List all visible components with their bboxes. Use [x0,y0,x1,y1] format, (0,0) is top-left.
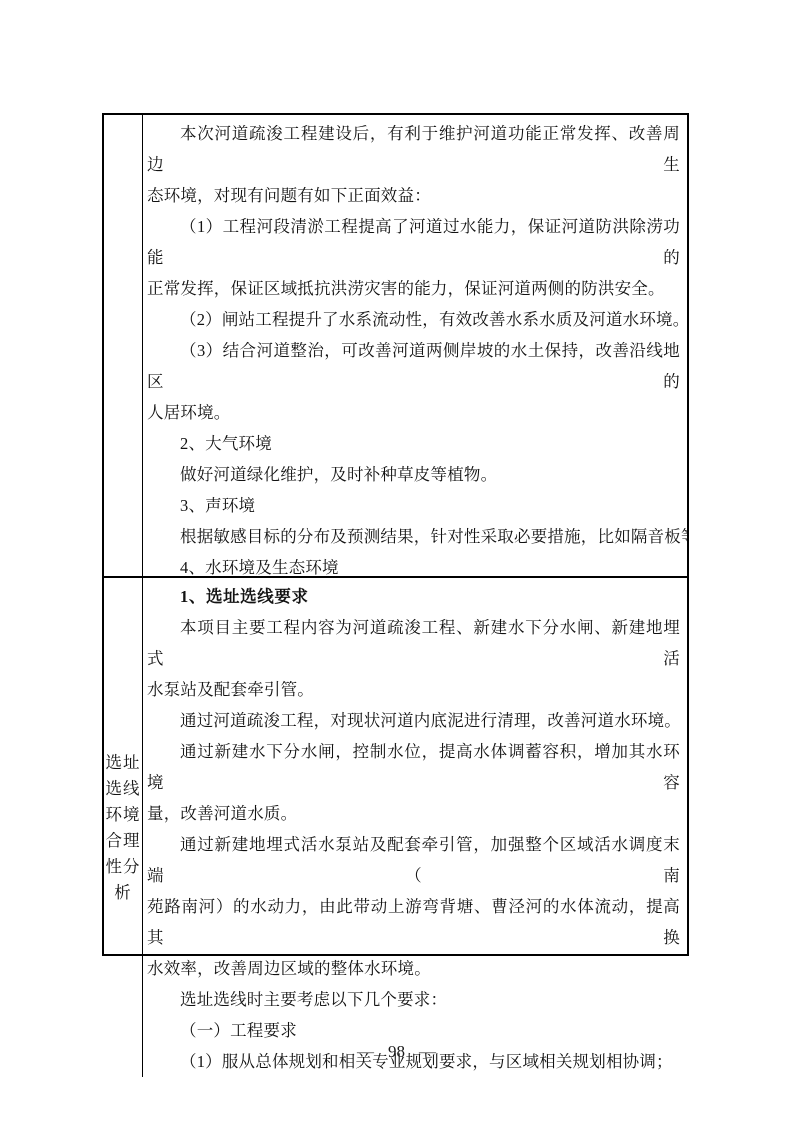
text-line: 正常发挥，保证区域抵抗洪涝灾害的能力，保证河道两侧的防洪安全。 [147,273,680,304]
text-line: 苑路南河）的水动力，由此带动上游弯背塘、曹泾河的水体流动，提高其换 [147,891,680,953]
text-line: （1）工程河段清淤工程提高了河道过水能力，保证河道防洪除涝功能的 [147,211,680,273]
text-line: （3）结合河道整治，可改善河道两侧岸坡的水土保持，改善沿线地区的 [147,335,680,397]
text-line: 水效率，改善周边区域的整体水环境。 [147,953,680,984]
page-footer: —98— [0,1042,793,1062]
text-line: 1、选址选线要求 [147,581,680,612]
text-line: 本项目主要工程内容为河道疏浚工程、新建水下分水闸、新建地埋式活 [147,612,680,674]
text-line: 态环境，对现有问题有如下正面效益： [147,180,680,211]
text-line: 本次河道疏浚工程建设后，有利于维护河道功能正常发挥、改善周边生 [147,118,680,180]
page-number: 98 [388,1042,405,1062]
text-line: 水泵站及配套牵引管。 [147,674,680,705]
text-line: 根据敏感目标的分布及预测结果，针对性采取必要措施，比如隔音板等。 [147,521,680,552]
text-line: 做好河道绿化维护，及时补种草皮等植物。 [147,459,680,490]
row-header-label: 选址选线环境合理性分析 [105,750,141,906]
text-line: 3、声环境 [147,490,680,521]
text-line: 通过新建水下分水闸，控制水位，提高水体调蓄容积，增加其水环境容 [147,736,680,798]
text-line: （2）闸站工程提升了水系流动性，有效改善水系水质及河道水环境。 [147,304,680,335]
row-header-cell [104,115,143,576]
text-line: 4、水环境及生态环境 [147,552,680,576]
text-line: 人居环境。 [147,397,680,428]
text-line: 2、大气环境 [147,428,680,459]
text-line: 通过新建地埋式活水泵站及配套牵引管，加强整个区域活水调度末端（南 [147,829,680,891]
footer-left-dash: — [357,1044,374,1060]
text-line: 选址选线时主要考虑以下几个要求： [147,984,680,1015]
document-table: 本次河道疏浚工程建设后，有利于维护河道功能正常发挥、改善周边生态环境，对现有问题… [102,113,689,956]
footer-right-dash: — [419,1044,436,1060]
row-content-cell: 1、选址选线要求本项目主要工程内容为河道疏浚工程、新建水下分水闸、新建地埋式活水… [143,578,687,1077]
text-line: 通过河道疏浚工程，对现状河道内底泥进行清理，改善河道水环境。 [147,705,680,736]
row-content-cell: 本次河道疏浚工程建设后，有利于维护河道功能正常发挥、改善周边生态环境，对现有问题… [143,115,687,576]
text-line: 量，改善河道水质。 [147,798,680,829]
row-header-cell: 选址选线环境合理性分析 [104,578,143,1077]
table-row: 本次河道疏浚工程建设后，有利于维护河道功能正常发挥、改善周边生态环境，对现有问题… [104,115,687,578]
table-row: 选址选线环境合理性分析 1、选址选线要求本项目主要工程内容为河道疏浚工程、新建水… [104,578,687,1077]
